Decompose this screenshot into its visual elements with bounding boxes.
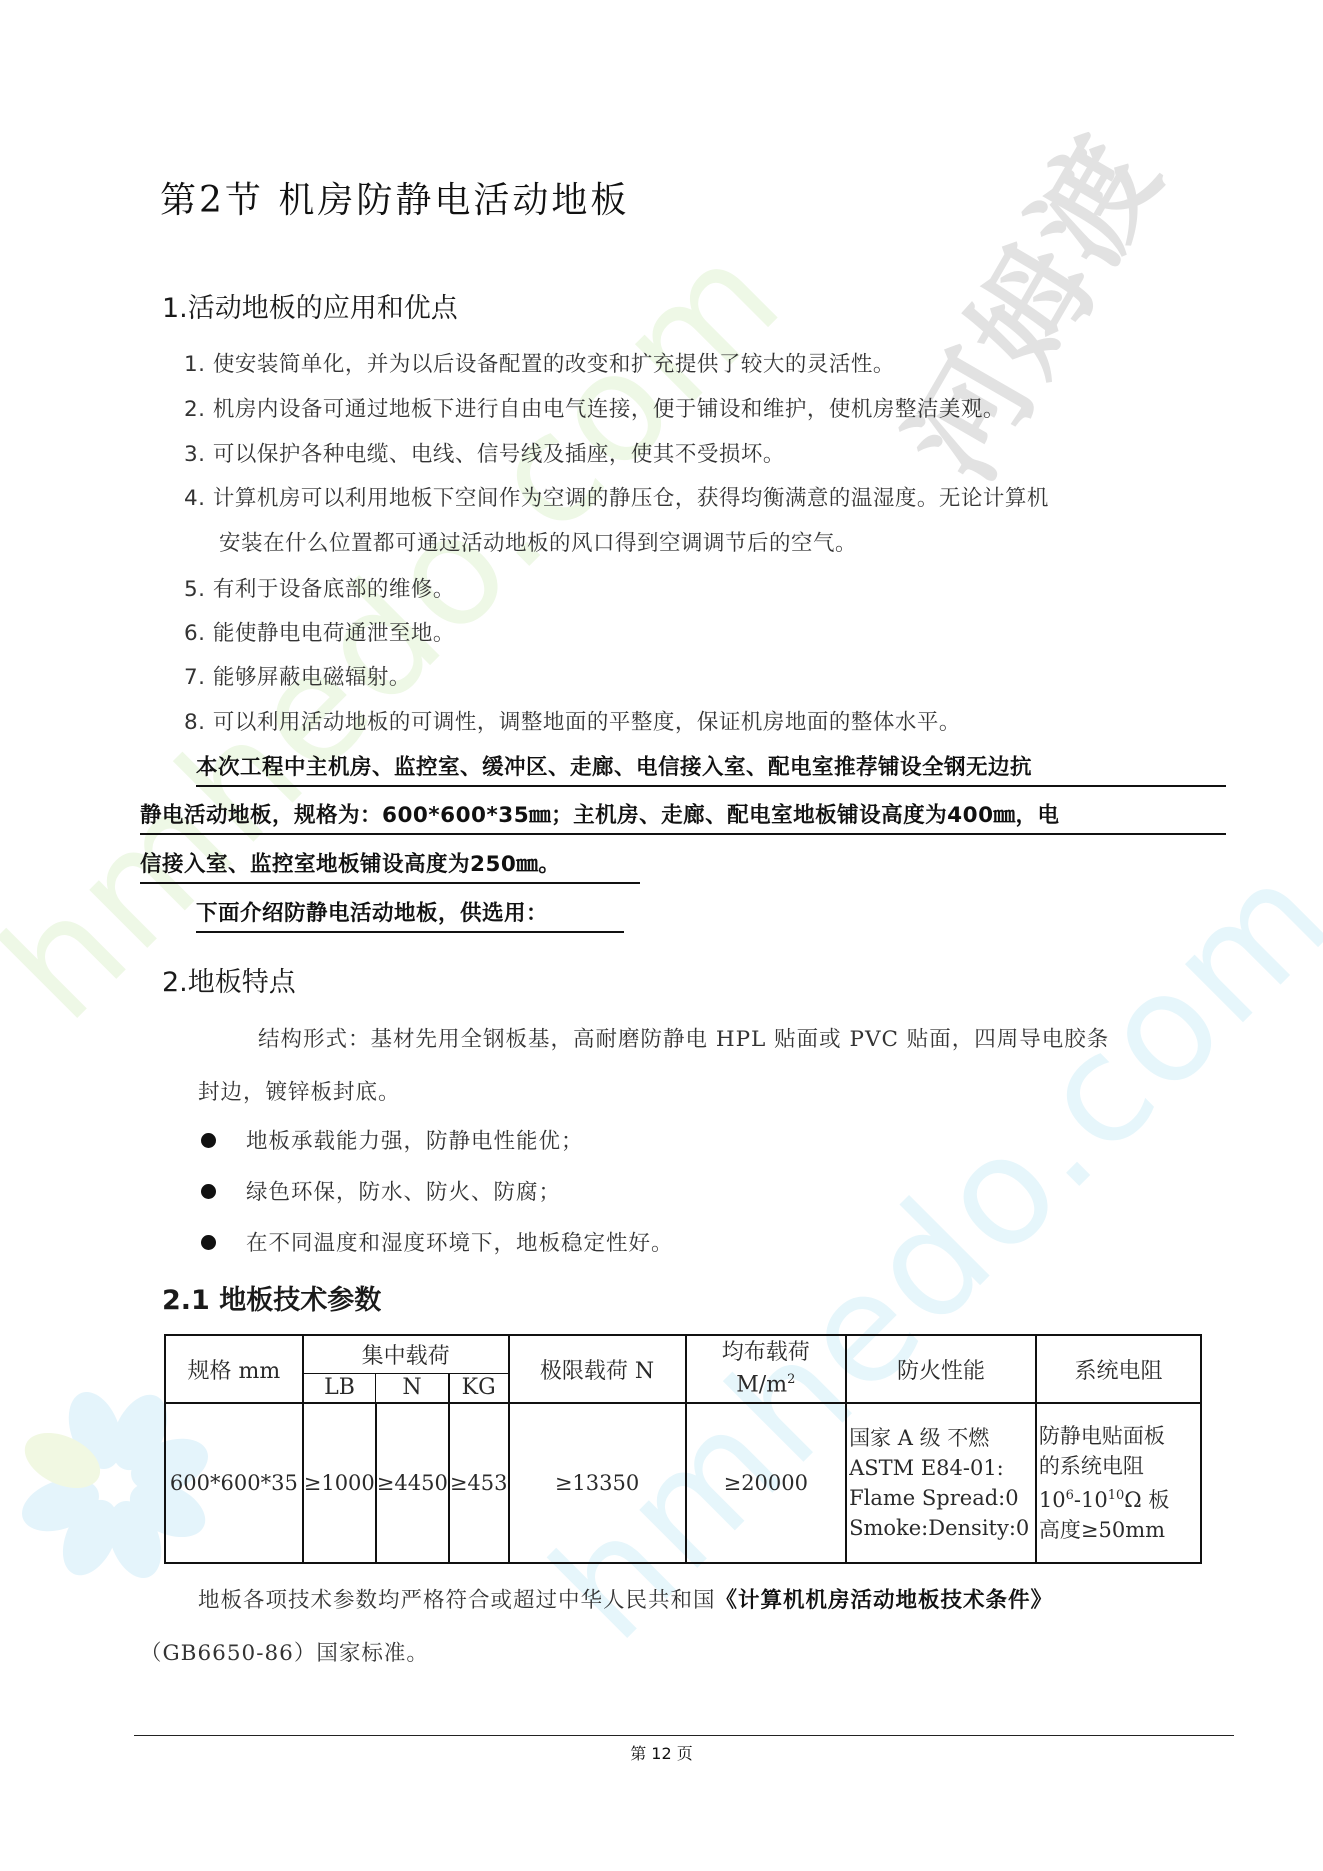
cell-kg: ≥453	[449, 1403, 509, 1563]
cell-n: ≥4450	[376, 1403, 449, 1563]
list-item-continuation: 安装在什么位置都可通过活动地板的风口得到空调调节后的空气。	[219, 526, 857, 557]
bullet-icon	[201, 1133, 216, 1148]
intro-line: 下面介绍防静电活动地板，供选用：	[196, 896, 624, 933]
list-item: 1. 使安装简单化，并为以后设备配置的改变和扩充提供了较大的灵活性。	[184, 347, 895, 378]
standard-title: 《计算机机房活动地板技术条件》	[716, 1588, 1054, 1613]
bullet-item: 地板承载能力强，防静电性能优；	[246, 1124, 584, 1155]
bullet-icon	[201, 1235, 216, 1250]
header-lb: LB	[303, 1373, 376, 1403]
list-item: 7. 能够屏蔽电磁辐射。	[184, 660, 411, 691]
cell-spec: 600*600*35	[165, 1403, 303, 1563]
section2-heading: 2.地板特点	[162, 960, 296, 999]
emphasis-line-3: 信接入室、监控室地板铺设高度为250㎜。	[140, 847, 640, 884]
section-title: 第2节 机房防静电活动地板	[160, 172, 629, 223]
spec-table: 规格 mm 集中载荷 极限载荷 N 均布载荷 M/m2 防火性能 系统电阻 LB…	[164, 1334, 1202, 1564]
header-system-resistance: 系统电阻	[1036, 1335, 1201, 1403]
table-row: 600*600*35 ≥1000 ≥4450 ≥453 ≥13350 ≥2000…	[165, 1403, 1201, 1563]
section21-heading: 2.1 地板技术参数	[162, 1278, 381, 1317]
cell-fire-performance: 国家 A 级 不燃 ASTM E84-01: Flame Spread:0 Sm…	[846, 1403, 1036, 1563]
list-item: 2. 机房内设备可通过地板下进行自由电气连接，便于铺设和维护，使机房整洁美观。	[184, 392, 1005, 423]
list-item: 6. 能使静电电荷通泄至地。	[184, 616, 455, 647]
compliance-line-1: 地板各项技术参数均严格符合或超过中华人民共和国《计算机机房活动地板技术条件》	[198, 1583, 1053, 1614]
header-concentrated-load: 集中载荷	[303, 1335, 509, 1373]
list-item: 8. 可以利用活动地板的可调性，调整地面的平整度，保证机房地面的整体水平。	[184, 705, 961, 736]
header-uniform-load: 均布载荷 M/m2	[686, 1335, 847, 1403]
list-item: 5. 有利于设备底部的维修。	[184, 572, 455, 603]
footer-divider	[134, 1735, 1234, 1736]
structure-line-1: 结构形式：基材先用全钢板基，高耐磨防静电 HPL 贴面或 PVC 贴面，四周导电…	[258, 1022, 1109, 1053]
bullet-icon	[201, 1184, 216, 1199]
bullet-item: 绿色环保，防水、防火、防腐；	[246, 1175, 561, 1206]
compliance-line-2: （GB6650-86）国家标准。	[140, 1636, 429, 1667]
header-n: N	[376, 1373, 449, 1403]
document-page: 第2节 机房防静电活动地板 1.活动地板的应用和优点 1. 使安装简单化，并为以…	[0, 0, 1323, 1871]
list-item: 3. 可以保护各种电缆、电线、信号线及插座，使其不受损坏。	[184, 437, 785, 468]
bullet-item: 在不同温度和湿度环境下，地板稳定性好。	[246, 1226, 674, 1257]
header-spec: 规格 mm	[165, 1335, 303, 1403]
section1-heading: 1.活动地板的应用和优点	[162, 286, 458, 325]
emphasis-line-1: 本次工程中主机房、监控室、缓冲区、走廊、电信接入室、配电室推荐铺设全钢无边抗	[196, 750, 1226, 787]
header-ultimate-load: 极限载荷 N	[509, 1335, 686, 1403]
list-item: 4. 计算机房可以利用地板下空间作为空调的静压仓，获得均衡满意的温湿度。无论计算…	[184, 481, 1049, 512]
cell-uniform-load: ≥20000	[686, 1403, 847, 1563]
cell-ultimate-load: ≥13350	[509, 1403, 686, 1563]
header-fire-performance: 防火性能	[846, 1335, 1036, 1403]
page-number: 第 12 页	[0, 1741, 1323, 1764]
cell-lb: ≥1000	[303, 1403, 376, 1563]
cell-system-resistance: 防静电贴面板 的系统电阻 106-1010Ω 板 高度≥50mm	[1036, 1403, 1201, 1563]
header-kg: KG	[449, 1373, 509, 1403]
structure-line-2: 封边，镀锌板封底。	[198, 1075, 401, 1106]
emphasis-line-2: 静电活动地板，规格为：600*600*35㎜；主机房、走廊、配电室地板铺设高度为…	[140, 798, 1226, 835]
